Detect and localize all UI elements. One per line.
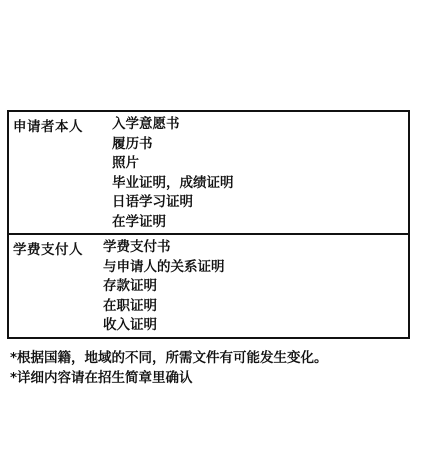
- section-label: 学费支付人: [13, 238, 83, 258]
- list-item: 学费支付书: [103, 238, 408, 258]
- list-item: 在职证明: [103, 297, 408, 317]
- documents-table: 申请者本人 入学意愿书 履历书 照片 毕业证明，成绩证明 日语学习证明 在学证明…: [7, 110, 410, 339]
- list-item: 收入证明: [103, 316, 408, 336]
- list-item: 毕业证明，成绩证明: [112, 174, 408, 194]
- list-item: 入学意愿书: [112, 115, 408, 135]
- footnotes: *根据国籍，地域的不同，所需文件有可能发生变化。 *详细内容请在招生简章里确认: [10, 348, 328, 388]
- section-applicant: 申请者本人 入学意愿书 履历书 照片 毕业证明，成绩证明 日语学习证明 在学证明: [9, 112, 408, 233]
- list-item: 与申请人的关系证明: [103, 258, 408, 278]
- section-label: 申请者本人: [13, 115, 83, 135]
- list-item: 存款证明: [103, 277, 408, 297]
- footnote: *根据国籍，地域的不同，所需文件有可能发生变化。: [10, 348, 328, 368]
- list-item: 在学证明: [112, 213, 408, 233]
- footnote: *详细内容请在招生简章里确认: [10, 368, 328, 388]
- list-item: 照片: [112, 154, 408, 174]
- list-item: 履历书: [112, 135, 408, 155]
- section-tuition-payer: 学费支付人 学费支付书 与申请人的关系证明 存款证明 在职证明 收入证明: [9, 233, 408, 337]
- list-item: 日语学习证明: [112, 193, 408, 213]
